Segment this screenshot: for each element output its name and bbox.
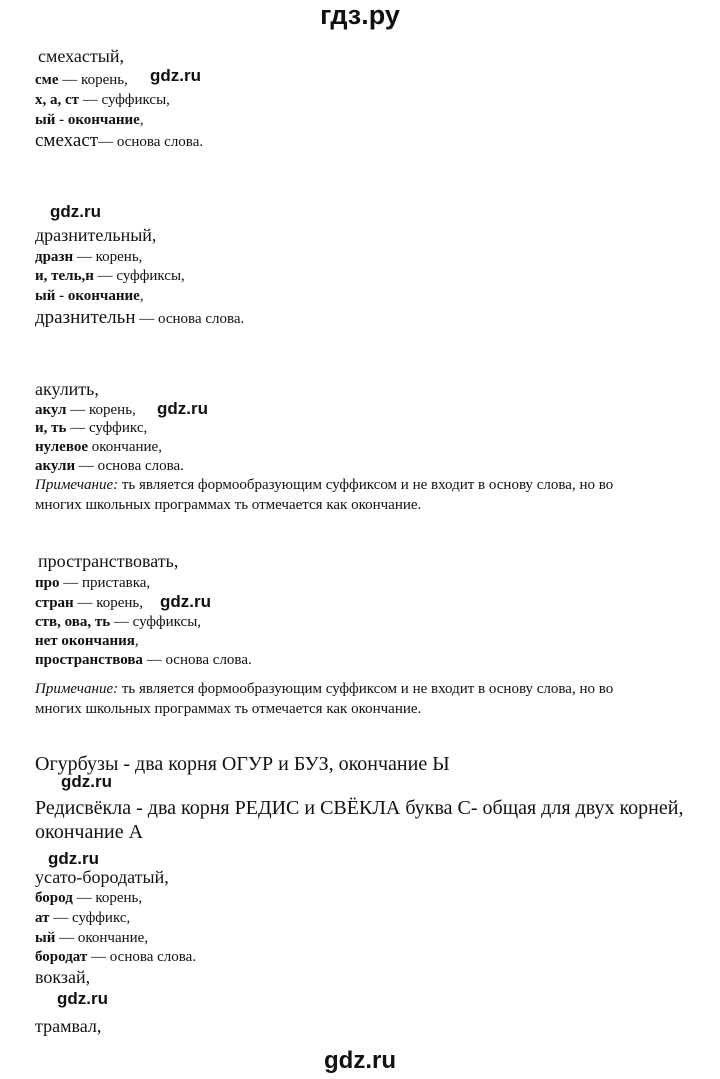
entry-line: бородат — основа слова. — [35, 948, 196, 966]
entry-word: дразнительный, — [35, 225, 156, 245]
entry-word: трамвал, — [35, 1016, 101, 1036]
entry-line: ый — окончание, — [35, 929, 148, 947]
note: многих школьных программах ть отмечается… — [35, 495, 421, 515]
entry-stem: смехаст— основа слова. — [35, 130, 203, 152]
watermark: gdz.ru — [61, 772, 112, 792]
entry-word: усато-бородатый, — [35, 867, 169, 887]
note: Примечание: ть является формообразующим … — [35, 679, 613, 699]
entry-line: сме — корень, — [35, 71, 128, 89]
watermark: gdz.ru — [57, 989, 108, 1009]
entry-text: Редисвёкла - два корня РЕДИС и СВЁКЛА бу… — [35, 797, 683, 819]
entry-line: ый - окончание, — [35, 111, 144, 129]
entry-line: пространствова — основа слова. — [35, 651, 252, 669]
entry-word: смехастый, — [38, 46, 124, 66]
watermark: gdz.ru — [157, 399, 208, 419]
note: многих школьных программах ть отмечается… — [35, 699, 421, 719]
watermark: gdz.ru — [50, 202, 101, 222]
entry-line: про — приставка, — [35, 574, 150, 592]
entry-text: окончание А — [35, 821, 143, 843]
entry-word: акулить, — [35, 379, 99, 399]
entry-line: ый - окончание, — [35, 287, 144, 305]
entry-line: ат — суффикс, — [35, 909, 130, 927]
entry-line: ств, ова, ть — суффиксы, — [35, 613, 201, 631]
entry-line: акул — корень, — [35, 401, 136, 419]
entry-line: х, а, ст — суффиксы, — [35, 91, 170, 109]
footer-watermark: gdz.ru — [0, 1047, 720, 1075]
entry-line: нулевое окончание, — [35, 438, 162, 456]
watermark: gdz.ru — [160, 592, 211, 612]
site-title: гдз.ру — [0, 0, 720, 30]
entry-line: нет окончания, — [35, 632, 139, 650]
note: Примечание: ть является формообразующим … — [35, 475, 613, 495]
watermark: gdz.ru — [48, 849, 99, 869]
entry-line: дразн — корень, — [35, 248, 142, 266]
entry-stem: дразнительн — основа слова. — [35, 307, 244, 329]
entry-line: стран — корень, — [35, 594, 143, 612]
entry-line: и, ть — суффикс, — [35, 419, 147, 437]
entry-word: вокзай, — [35, 967, 90, 987]
watermark: gdz.ru — [150, 66, 201, 86]
entry-line: акули — основа слова. — [35, 457, 184, 475]
entry-line: бород — корень, — [35, 889, 142, 907]
entry-line: и, тель,н — суффиксы, — [35, 267, 185, 285]
entry-word: пространствовать, — [38, 551, 178, 571]
